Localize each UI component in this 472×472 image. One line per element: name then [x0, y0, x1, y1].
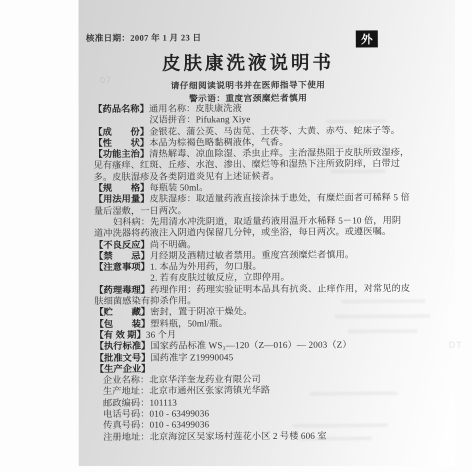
showthrough-artifact [331, 169, 386, 173]
leaflet-line: 注册地址：北京海淀区吴家场村莲花小区 2 号楼 606 室 [95, 430, 445, 443]
section-label: 【规 格】 [94, 183, 150, 193]
showthrough-artifact [326, 119, 386, 123]
section-label: 【功能主治】 [93, 149, 149, 159]
leaflet-title: 皮肤康洗液说明书 [88, 48, 408, 76]
leaflet-content: 核准日期：2007 年 1 月 23 日 外 皮肤康洗液说明书 请仔细阅读说明书… [78, 0, 457, 467]
section-label: 【禁 忌】 [94, 251, 150, 261]
section-label: 【药理毒理】 [94, 284, 150, 294]
scan-artifact-mark-right: DT [449, 340, 463, 350]
section-label: 【有 效 期】 [95, 330, 146, 340]
leaflet-line: 【用法用量】皮肤湿疹：取适量药液直接涂抹于患处，有糜烂面者可稀释 5 倍 [94, 192, 444, 205]
leaflet-paper: 核准日期：2007 年 1 月 23 日 外 皮肤康洗液说明书 请仔细阅读说明书… [78, 0, 455, 466]
leaflet-line: 【药理毒理】药理作用：药理实验证明本品具有抗炎、止痒作用，对常见的皮 [94, 283, 444, 296]
showthrough-artifact [292, 423, 388, 428]
section-label: 【包 装】 [95, 318, 151, 328]
showthrough-artifact [348, 329, 418, 333]
section-label: 【执行标准】 [95, 341, 151, 351]
scan-artifact-mark-left: 07 [100, 75, 112, 85]
showthrough-artifact [334, 314, 430, 319]
external-use-stamp: 外 [356, 30, 378, 47]
section-label: 【贮 藏】 [94, 307, 150, 317]
section-label: 【不良反应】 [94, 239, 150, 249]
leaflet-line: 见有瘙痒、红斑、丘疹、水泡、渗出、糜烂等和湿热下注所致阴痒，白带过 [94, 158, 444, 171]
approval-date: 核准日期：2007 年 1 月 23 日 [86, 31, 202, 44]
section-label: 【生产企业】 [95, 364, 151, 374]
section-label: 【成 份】 [93, 126, 149, 136]
section-label: 【用法用量】 [94, 194, 150, 204]
showthrough-artifact [310, 391, 398, 396]
leaflet-line: 【成 份】金银花、蒲公英、马齿苋、土茯苓、大黄、赤芍、蛇床子等。 [93, 125, 443, 138]
showthrough-artifact [341, 299, 425, 304]
section-label: 【批准文号】 [95, 352, 151, 362]
section-label: 【药品名称】 [93, 104, 149, 114]
section-label: 【注意事项】 [94, 262, 150, 272]
showthrough-artifact [316, 144, 388, 148]
section-label: 【性 状】 [93, 138, 149, 148]
showthrough-artifact [298, 436, 372, 440]
